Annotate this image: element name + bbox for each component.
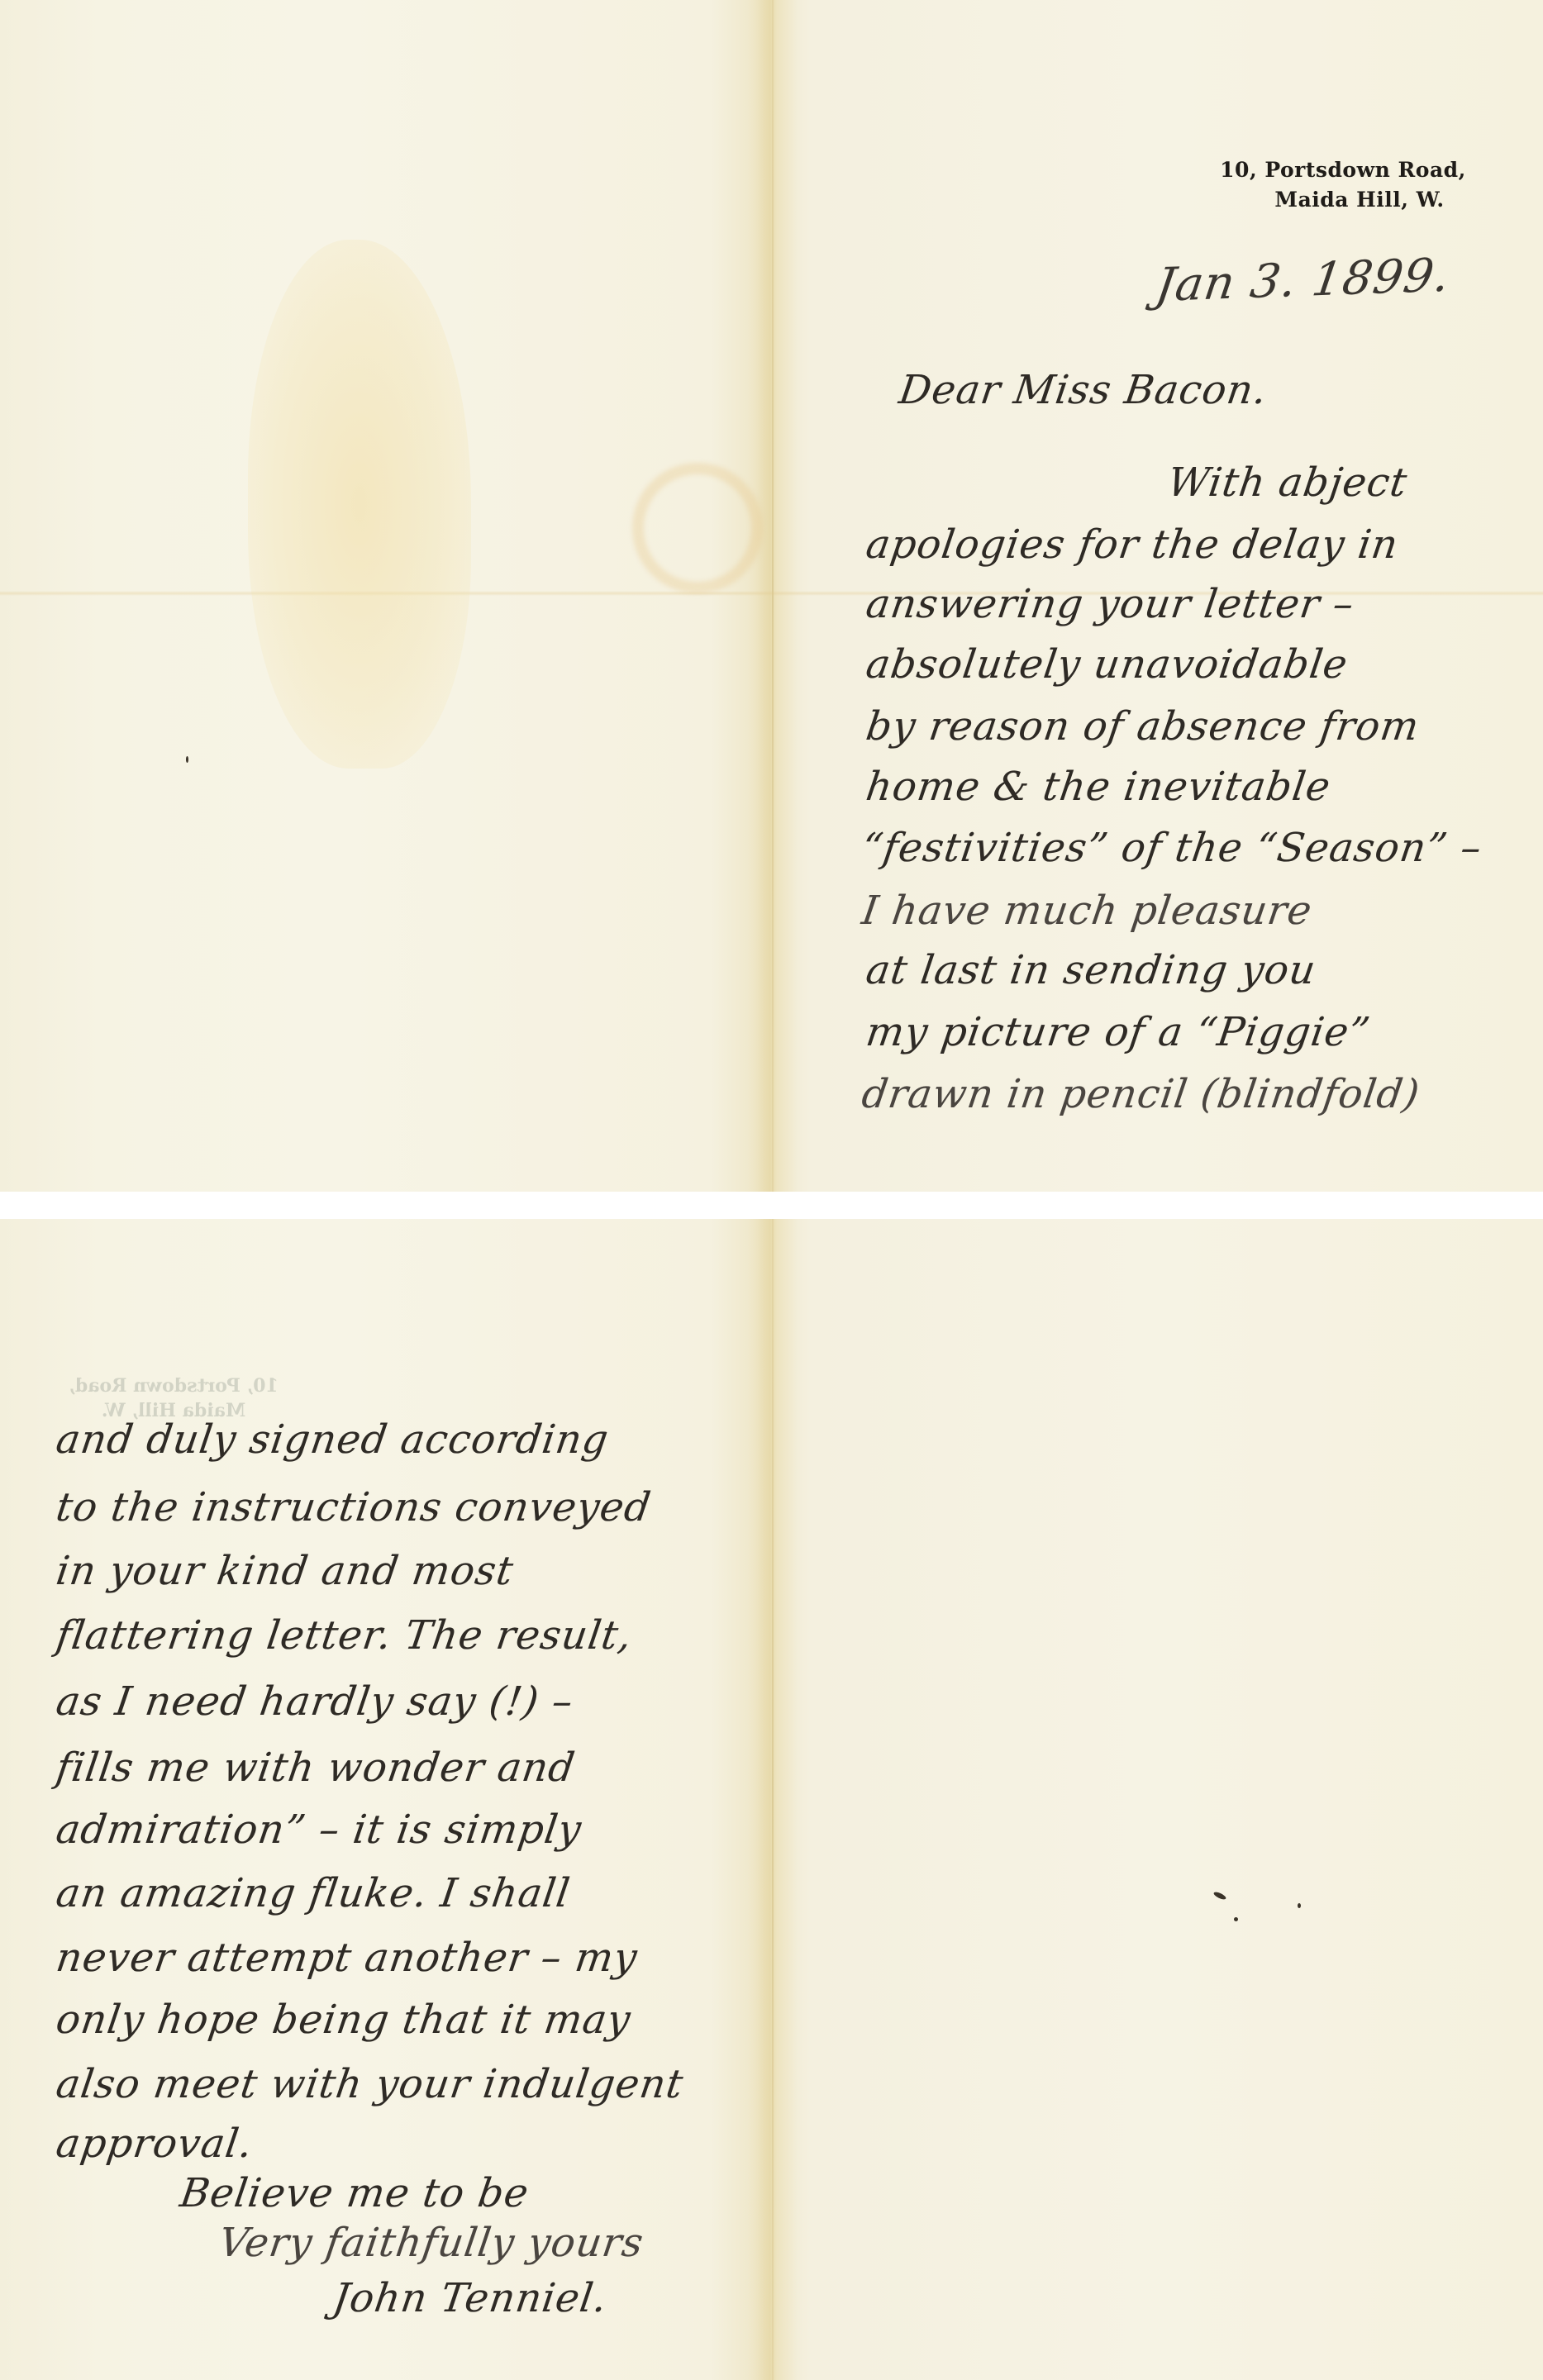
letter-line: admiration” – it is simply: [54, 1810, 584, 1849]
ink-speck: [1212, 1891, 1226, 1901]
letter-line: fills me with wonder and: [54, 1748, 578, 1787]
letterhead-address-line2: Maida Hill, W.: [1215, 185, 1471, 215]
bottom-sheet: 10, Portsdown Road, Maida Hill, W. and d…: [0, 1219, 1543, 2380]
letterhead: 10, Portsdown Road, Maida Hill, W.: [1215, 155, 1471, 215]
letter-line: as I need hardly say (!) –: [54, 1682, 576, 1721]
letter-line: to the instructions conveyed: [54, 1487, 654, 1527]
letter-date: Jan 3. 1899.: [1153, 253, 1453, 309]
letterhead-show-through: 10, Portsdown Road, Maida Hill, W.: [66, 1373, 281, 1423]
vertical-fold-line: [772, 0, 774, 1192]
letter-line: only hope being that it may: [54, 2000, 633, 2040]
salutation: Dear Miss Bacon.: [897, 370, 1269, 410]
letter-line: by reason of absence from: [864, 707, 1422, 746]
foxing-stain-ring: [632, 463, 763, 593]
letter-line: an amazing fluke. I shall: [54, 1873, 573, 1913]
letter-line: my picture of a “Piggie”: [864, 1012, 1373, 1052]
sheet-gap: [0, 1192, 1543, 1219]
closing-line: Very faithfully yours: [217, 2223, 646, 2263]
letter-line: With abject: [1165, 463, 1410, 502]
letter-line: “festivities” of the “Season” –: [860, 828, 1484, 868]
letter-line: and duly signed according: [54, 1420, 612, 1459]
show-through-line1: 10, Portsdown Road,: [66, 1373, 281, 1398]
ink-speck: [186, 756, 188, 763]
letter-line: absolutely unavoidable: [864, 645, 1350, 684]
letter-line: also meet with your indulgent: [54, 2064, 686, 2104]
vertical-fold-line: [772, 1219, 774, 2380]
top-sheet: 10, Portsdown Road, Maida Hill, W. Jan 3…: [0, 0, 1543, 1192]
letter-line: never attempt another – my: [54, 1938, 640, 1978]
letter-line: answering your letter –: [864, 584, 1357, 624]
letterhead-address-line1: 10, Portsdown Road,: [1215, 155, 1471, 185]
letter-line: home & the inevitable: [864, 767, 1333, 807]
letter-line: in your kind and most: [54, 1551, 517, 1591]
closing-line: Believe me to be: [178, 2173, 531, 2213]
letter-line: I have much pleasure: [860, 891, 1315, 931]
letter-line: at last in sending you: [864, 950, 1318, 990]
letter-line: approval.: [54, 2124, 255, 2163]
letter-line: drawn in pencil (blindfold): [860, 1074, 1422, 1114]
letter-line: flattering letter. The result,: [54, 1616, 635, 1655]
ink-speck: [1298, 1903, 1301, 1908]
letter-line: apologies for the delay in: [864, 525, 1401, 564]
signature: John Tenniel.: [331, 2278, 610, 2318]
foxing-stain: [248, 240, 471, 769]
ink-speck: [1234, 1917, 1238, 1921]
